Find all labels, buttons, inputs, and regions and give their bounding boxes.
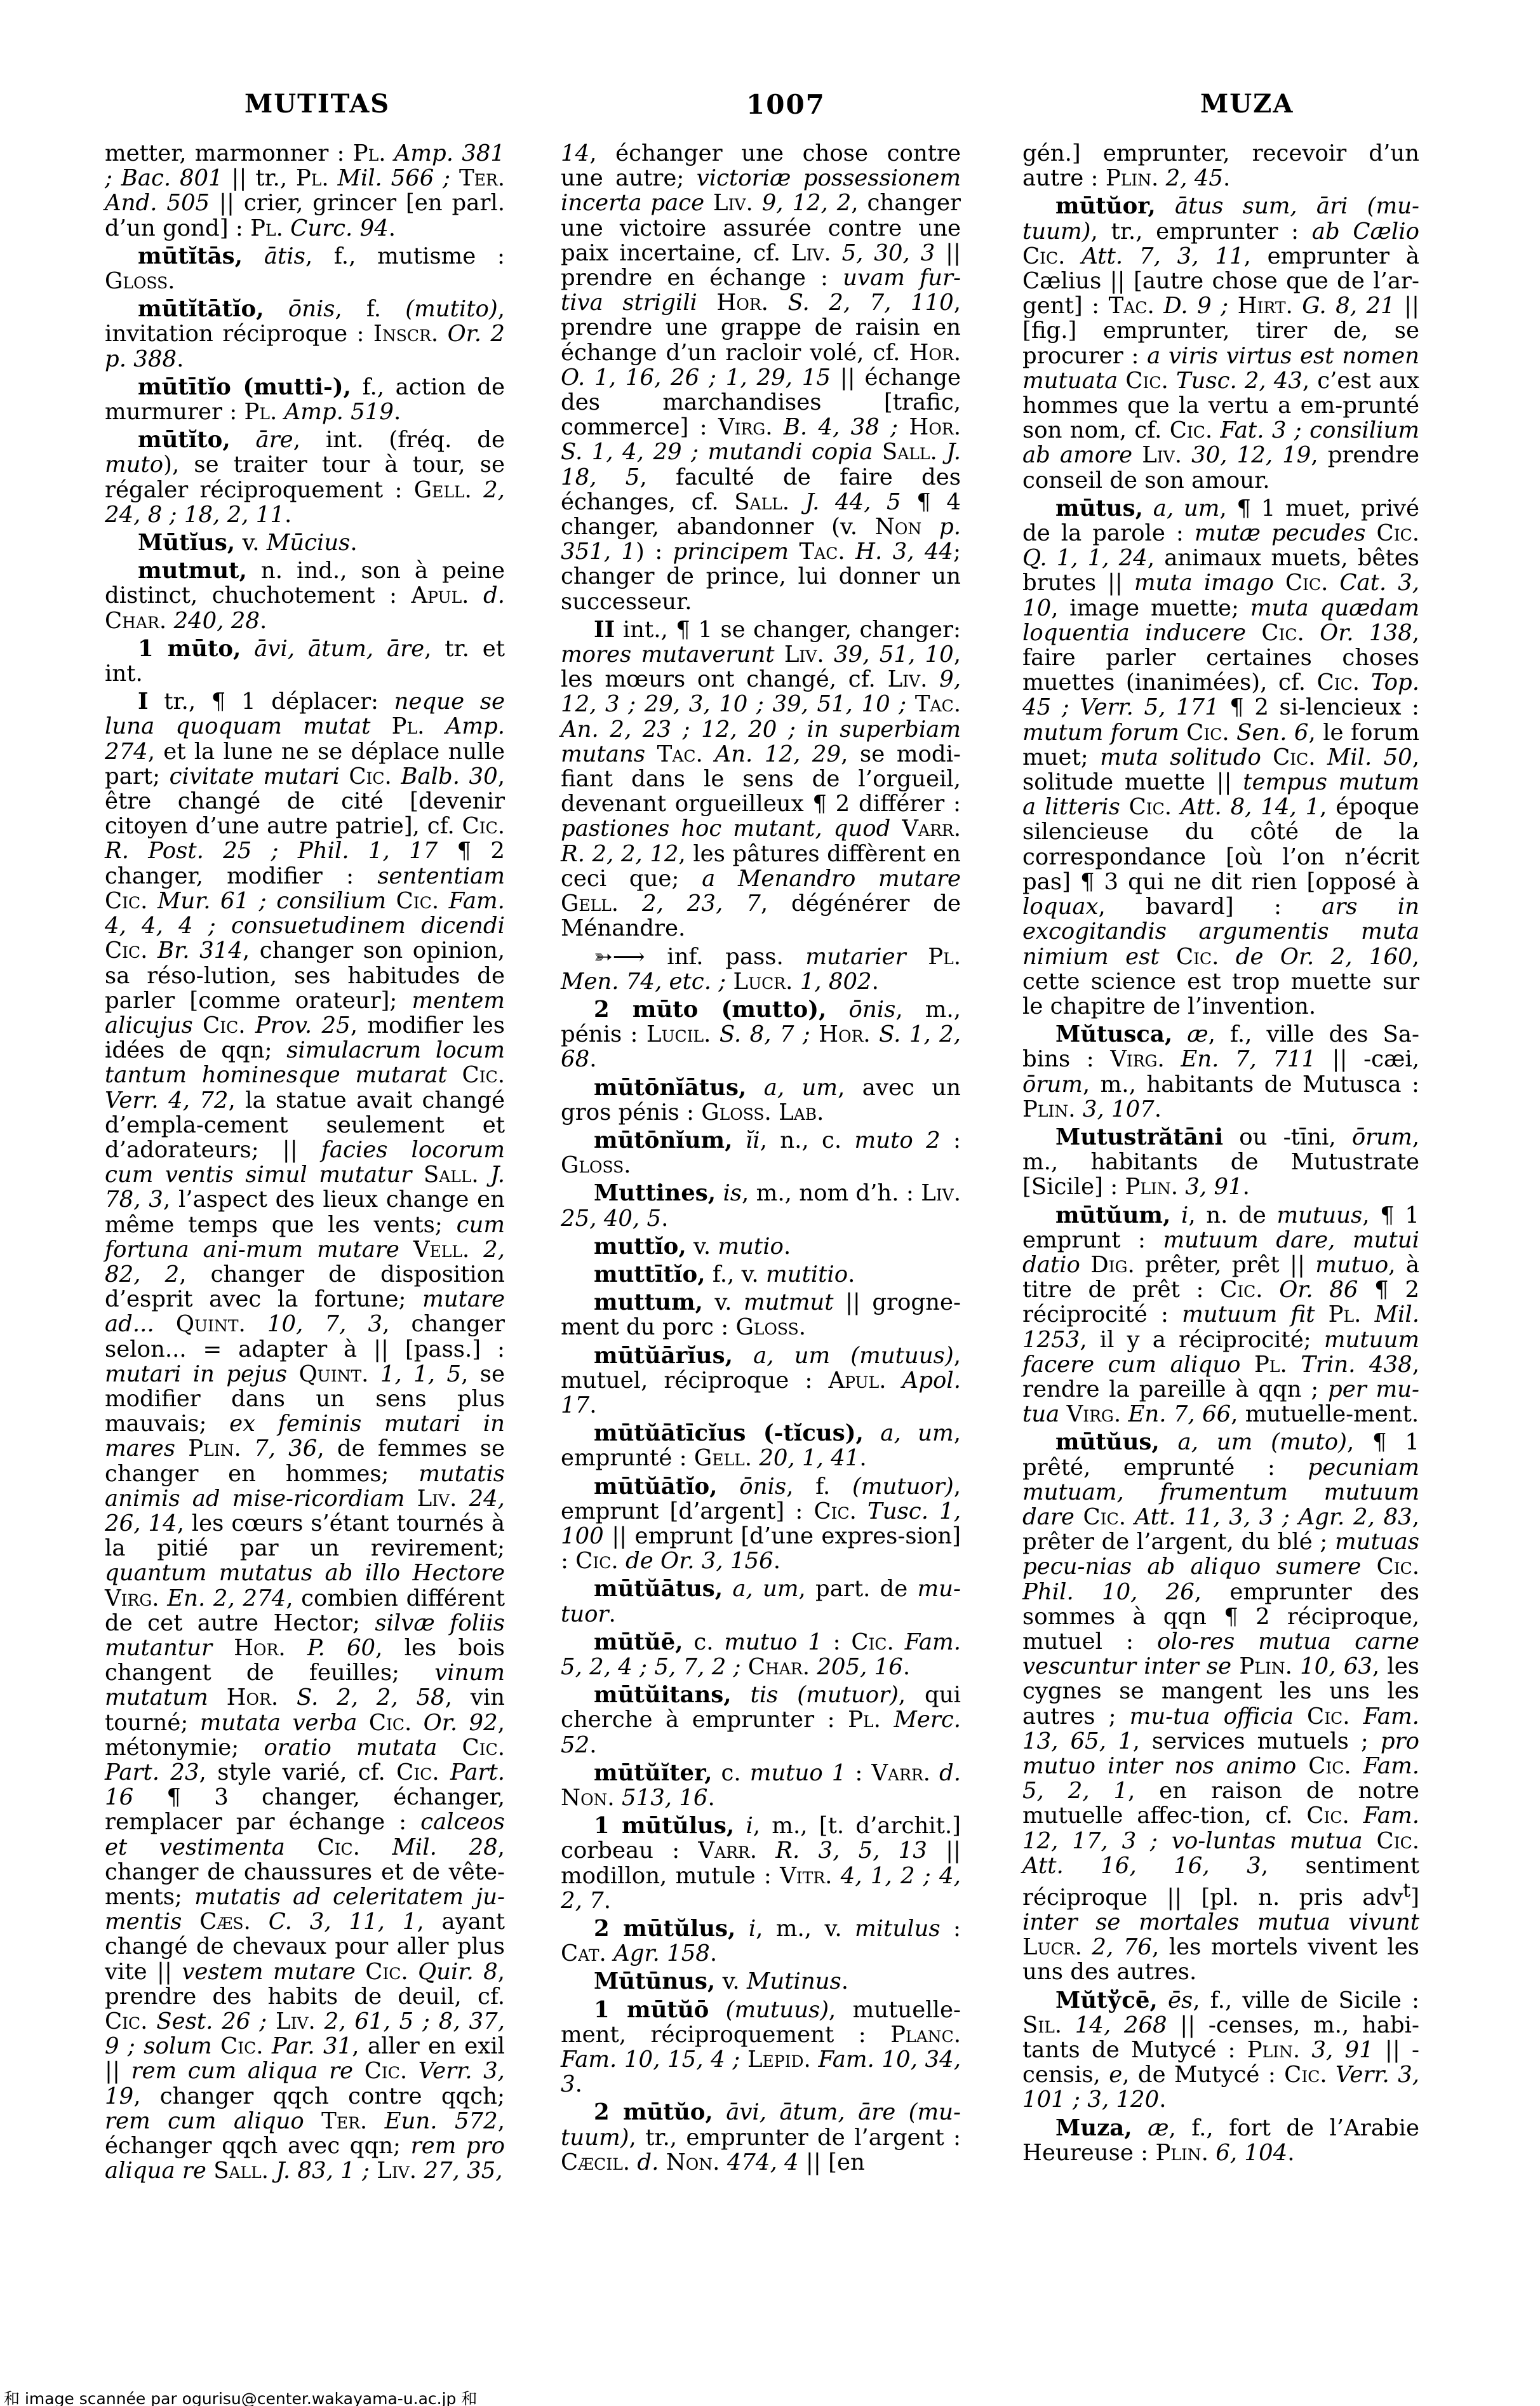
dictionary-entry: mūtŭārĭus, a, um (mutuus), mutuel, récip… (561, 1343, 961, 1418)
column-left: metter, marmonner : Pl. Amp. 381 ; Bac. … (105, 141, 505, 2186)
dictionary-entry: mūtōnĭum, ĭi, n., c. muto 2 : Gloss. (561, 1128, 961, 1178)
headword: I (138, 689, 149, 715)
dictionary-entry: mūtŭitans, tis (mutuor), qui cherche à e… (561, 1683, 961, 1757)
definition: v. Mutinus. (715, 1968, 848, 1994)
dictionary-entry: mūtŭĭter, c. mutuo 1 : Varr. d. Non. 513… (561, 1761, 961, 1810)
running-head-left: MUTITAS (244, 89, 390, 119)
headword: II (594, 617, 615, 643)
dictionary-entry: Mŭtusca, æ, f., ville des Sa-bins : Virg… (1022, 1022, 1419, 1122)
dictionary-entry: mutmut, n. ind., son à peine distinct, c… (105, 558, 505, 633)
dictionary-entry: mūtŭē, c. mutuo 1 : Cic. Fam. 5, 2, 4 ; … (561, 1630, 961, 1679)
headword: Mūtūnus, (594, 1968, 715, 1994)
arrow-right-icon: ➳⟶ (594, 944, 645, 970)
dictionary-entry: Mūtūnus, v. Mutinus. (561, 1969, 961, 1994)
dictionary-entry: mūtĭto, āre, int. (fréq. de muto), se tr… (105, 427, 505, 527)
headword: mūtus, (1055, 495, 1143, 521)
headword: muttum, (594, 1289, 703, 1315)
scan-credit: 和 image scannée par ogurisu@center.wakay… (4, 2386, 477, 2406)
headword: muttītĭo, (594, 1261, 706, 1287)
headword: mūtŭor, (1055, 193, 1156, 219)
dictionary-entry: I tr., ¶ 1 déplacer: neque se luna quoqu… (105, 689, 505, 2183)
dictionary-entry: 2 mūtŭo, āvi, ātum, āre (mu-tuum), tr., … (561, 2100, 961, 2175)
dictionary-entry: 1 mūtŭlus, i, m., [t. d’archit.] corbeau… (561, 1813, 961, 1913)
dictionary-entry: Mŭtўcē, ēs, f., ville de Sicile : Sil. 1… (1022, 1988, 1419, 2113)
dictionary-entry: mūtŭus, a, um (muto), ¶ 1 prêté, emprunt… (1022, 1430, 1419, 1984)
dictionary-entry: 2 mūto (mutto), ōnis, m., pénis : Lucil.… (561, 997, 961, 1072)
headword: 1 mūto, (138, 636, 241, 662)
definition: tr., ¶ 1 déplacer: neque se luna quoquam… (105, 689, 505, 2184)
dictionary-entry: Muza, æ, f., fort de l’Arabie Heureuse :… (1022, 2116, 1419, 2165)
column-middle: 14, échanger une chose contre une autre;… (561, 141, 961, 2178)
headword: mūtōnĭum, (594, 1127, 732, 1153)
headword: mūtŭātus, (594, 1576, 723, 1602)
dictionary-entry: mūtus, a, um, ¶ 1 muet, privé de la paro… (1022, 496, 1419, 1019)
headword: mūtŭē, (594, 1629, 683, 1655)
headword: Mŭtusca, (1055, 1021, 1172, 1047)
headword: mūtŭārĭus, (594, 1343, 733, 1369)
headword: Mūtĭus, (138, 530, 235, 556)
headword: mūtōnĭātus, (594, 1075, 746, 1101)
headword: mūtŭātĭo, (594, 1474, 718, 1500)
column-right: gén.] emprunter, recevoir d’un autre : P… (1022, 141, 1419, 2168)
headword: 1 mūtŭlus, (594, 1813, 734, 1839)
dictionary-entry: mūtŭātīcĭus (-tĭcus), a, um, emprunté : … (561, 1421, 961, 1470)
running-head-right: MUZA (1200, 89, 1294, 119)
dictionary-entry: gén.] emprunter, recevoir d’un autre : P… (1022, 141, 1419, 191)
dictionary-entry: muttum, v. mutmut || grogne-ment du porc… (561, 1290, 961, 1340)
definition: a, um, ¶ 1 muet, privé de la parole : mu… (1022, 495, 1419, 1019)
dictionary-entry: muttītĭo, f., v. mutitio. (561, 1262, 961, 1287)
headword: 2 mūtŭlus, (594, 1916, 735, 1942)
headword: mūtŭĭter, (594, 1760, 713, 1786)
dictionary-entry: mūtōnĭātus, a, um, avec un gros pénis : … (561, 1075, 961, 1125)
headword: mūtŭus, (1055, 1429, 1160, 1455)
headword: Muza, (1055, 2115, 1132, 2141)
headword: Muttines, (594, 1180, 716, 1206)
headword: mutmut, (138, 558, 247, 584)
headword: mūtŭum, (1055, 1202, 1170, 1228)
definition: i, n. de mutuus, ¶ 1 emprunt : mutuum da… (1022, 1202, 1419, 1428)
definition: metter, marmonner : Pl. Amp. 381 ; Bac. … (105, 140, 505, 241)
headword: mūtītĭo (mutti-), (138, 374, 351, 400)
dictionary-entry: mūtĭtātĭo, ōnis, f. (mutito), invitation… (105, 297, 505, 372)
headword: 2 mūto (mutto), (594, 997, 826, 1023)
definition: a, um (muto), ¶ 1 prêté, emprunté : pecu… (1022, 1429, 1419, 1985)
dictionary-entry: ➳⟶ inf. pass. mutarier Pl. Men. 74, etc.… (561, 944, 961, 994)
definition: int., ¶ 1 se changer, changer: mores mut… (561, 617, 961, 941)
headword: muttĭo, (594, 1233, 686, 1260)
headword: 2 mūtŭo, (594, 2099, 713, 2125)
dictionary-entry: mūtŭātĭo, ōnis, f. (mutuor), emprunt [d’… (561, 1474, 961, 1574)
dictionary-entry: mūtītĭo (mutti-), f., action de murmurer… (105, 375, 505, 424)
definition: ātus sum, āri (mu-tuum), tr., emprunter … (1022, 193, 1419, 493)
dictionary-entry: mūtŭātus, a, um, part. de mu-tuor. (561, 1576, 961, 1626)
dictionary-entry: mūtŭor, ātus sum, āri (mu-tuum), tr., em… (1022, 194, 1419, 492)
headword: Mutustrătāni (1055, 1124, 1223, 1150)
dictionary-entry: mūtŭum, i, n. de mutuus, ¶ 1 emprunt : m… (1022, 1203, 1419, 1427)
dictionary-entry: Muttines, is, m., nom d’h. : Liv. 25, 40… (561, 1181, 961, 1230)
dictionary-entry: metter, marmonner : Pl. Amp. 381 ; Bac. … (105, 141, 505, 241)
headword: Mŭtўcē, (1055, 1987, 1158, 2013)
headword: mūtĭto, (138, 427, 231, 453)
dictionary-entry: 14, échanger une chose contre une autre;… (561, 141, 961, 614)
dictionary-entry: 2 mūtŭlus, i, m., v. mitulus : Cat. Agr.… (561, 1916, 961, 1966)
dictionary-entry: Mutustrătāni ou -tīni, ōrum, m., habitan… (1022, 1125, 1419, 1200)
dictionary-entry: 1 mūtŭō (mutuus), mutuelle-ment, récipro… (561, 1998, 961, 2097)
definition: v. Mūcius. (235, 530, 358, 556)
headword: mūtŭātīcĭus (-tĭcus), (594, 1420, 864, 1446)
dictionary-entry: muttĭo, v. mutio. (561, 1234, 961, 1259)
definition: 14, échanger une chose contre une autre;… (561, 140, 961, 615)
dictionary-entry: II int., ¶ 1 se changer, changer: mores … (561, 617, 961, 941)
definition: v. mutio. (686, 1233, 791, 1260)
headword: mūtĭtātĭo, (138, 296, 264, 322)
dictionary-entry: Mūtĭus, v. Mūcius. (105, 530, 505, 555)
headword: mūtĭtās, (138, 243, 243, 269)
headword: mūtŭitans, (594, 1682, 732, 1708)
definition: gén.] emprunter, recevoir d’un autre : P… (1022, 140, 1419, 191)
dictionary-entry: 1 mūto, āvi, ātum, āre, tr. et int. (105, 636, 505, 686)
definition: f., v. mutitio. (706, 1261, 855, 1287)
headword: 1 mūtŭō (594, 1997, 709, 2023)
page-number: 1007 (746, 89, 826, 120)
dictionary-entry: mūtĭtās, ātis, f., mutisme : Gloss. (105, 244, 505, 293)
